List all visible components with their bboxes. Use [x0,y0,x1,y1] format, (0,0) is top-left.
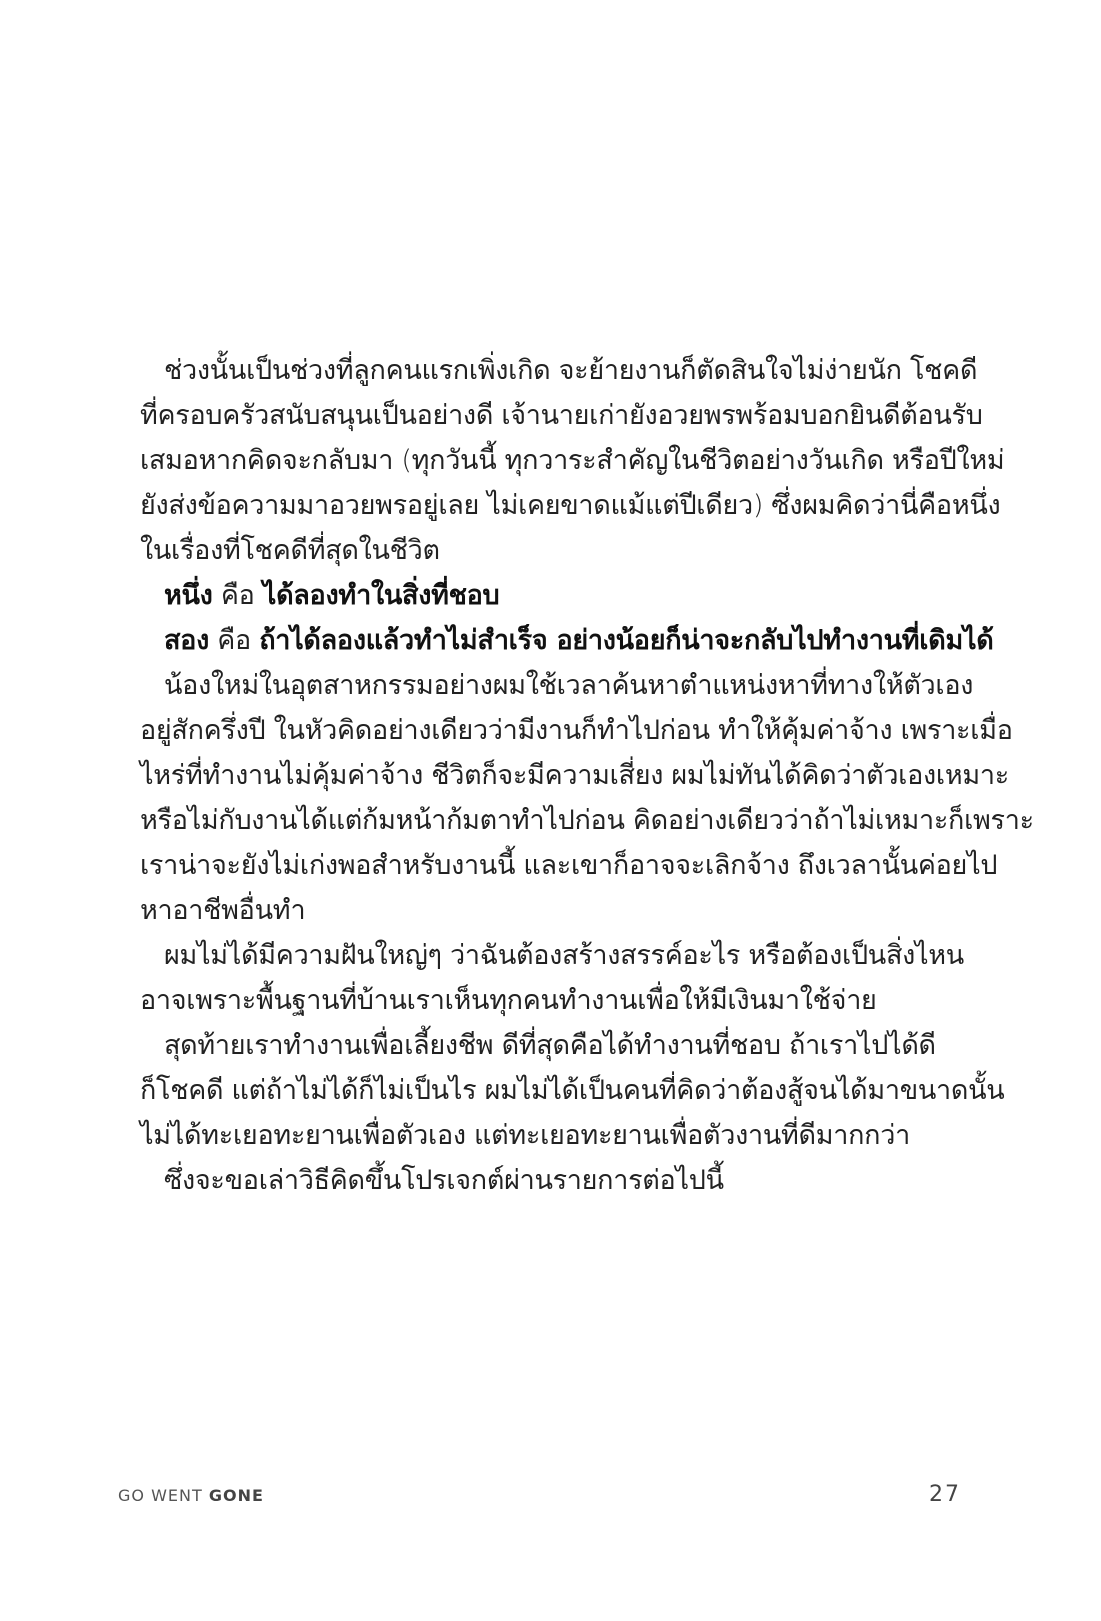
text-line: ซึ่งจะขอเล่าวิธีคิดขึ้นโปรเจกต์ผ่านรายกา… [140,1158,972,1203]
point-two-connector: คือ [209,625,259,656]
point-two: สอง คือ ถ้าได้ลองแล้วทำไม่สำเร็จ อย่างน้… [140,618,972,663]
text-line: ไม่ได้ทะเยอทะยานเพื่อตัวเอง แต่ทะเยอทะยา… [140,1113,972,1158]
text-line: ก็โชคดี แต่ถ้าไม่ได้ก็ไม่เป็นไร ผมไม่ได้… [140,1068,972,1113]
text-line: หาอาชีพอื่นทำ [140,888,972,933]
text-line: ช่วงนั้นเป็นช่วงที่ลูกคนแรกเพิ่งเกิด จะย… [140,348,972,393]
book-page: ช่วงนั้นเป็นช่วงที่ลูกคนแรกเพิ่งเกิด จะย… [0,0,1101,1621]
text-line: ผมไม่ได้มีความฝันใหญ่ๆ ว่าฉันต้องสร้างสร… [140,933,972,978]
text-line: น้องใหม่ในอุตสาหกรรมอย่างผมใช้เวลาค้นหาต… [140,663,972,708]
text-line: อยู่สักครึ่งปี ในหัวคิดอย่างเดียวว่ามีงา… [140,708,972,753]
text-line: ยังส่งข้อความมาอวยพรอยู่เลย ไม่เคยขาดแม้… [140,483,972,528]
text-line: หรือไม่กับงานได้แต่ก้มหน้าก้มตาทำไปก่อน … [140,798,972,843]
text-line: ในเรื่องที่โชคดีที่สุดในชีวิต [140,528,972,573]
text-line: ที่ครอบครัวสนับสนุนเป็นอย่างดี เจ้านายเก… [140,393,972,438]
footer-title-light: GO WENT [118,1486,209,1505]
point-two-text: ถ้าได้ลองแล้วทำไม่สำเร็จ อย่างน้อยก็น่าจ… [259,625,993,656]
point-one-label: หนึ่ง [164,580,213,611]
body-text: ช่วงนั้นเป็นช่วงที่ลูกคนแรกเพิ่งเกิด จะย… [140,348,972,1203]
point-one-connector: คือ [213,580,263,611]
text-line: อาจเพราะพื้นฐานที่บ้านเราเห็นทุกคนทำงานเ… [140,978,972,1023]
footer-title-bold: GONE [209,1486,264,1505]
text-line: เราน่าจะยังไม่เก่งพอสำหรับงานนี้ และเขาก… [140,843,972,888]
text-line: เสมอหากคิดจะกลับมา (ทุกวันนี้ ทุกวาระสำค… [140,438,972,483]
running-footer-title: GO WENT GONE [118,1486,264,1505]
text-line: สุดท้ายเราทำงานเพื่อเลี้ยงชีพ ดีที่สุดคื… [140,1023,972,1068]
point-one-text: ได้ลองทำในสิ่งที่ชอบ [263,580,500,611]
point-one: หนึ่ง คือ ได้ลองทำในสิ่งที่ชอบ [140,573,972,618]
text-line: ไหร่ที่ทำงานไม่คุ้มค่าจ้าง ชีวิตก็จะมีคว… [140,753,972,798]
page-number: 27 [929,1482,961,1507]
point-two-label: สอง [164,625,209,656]
